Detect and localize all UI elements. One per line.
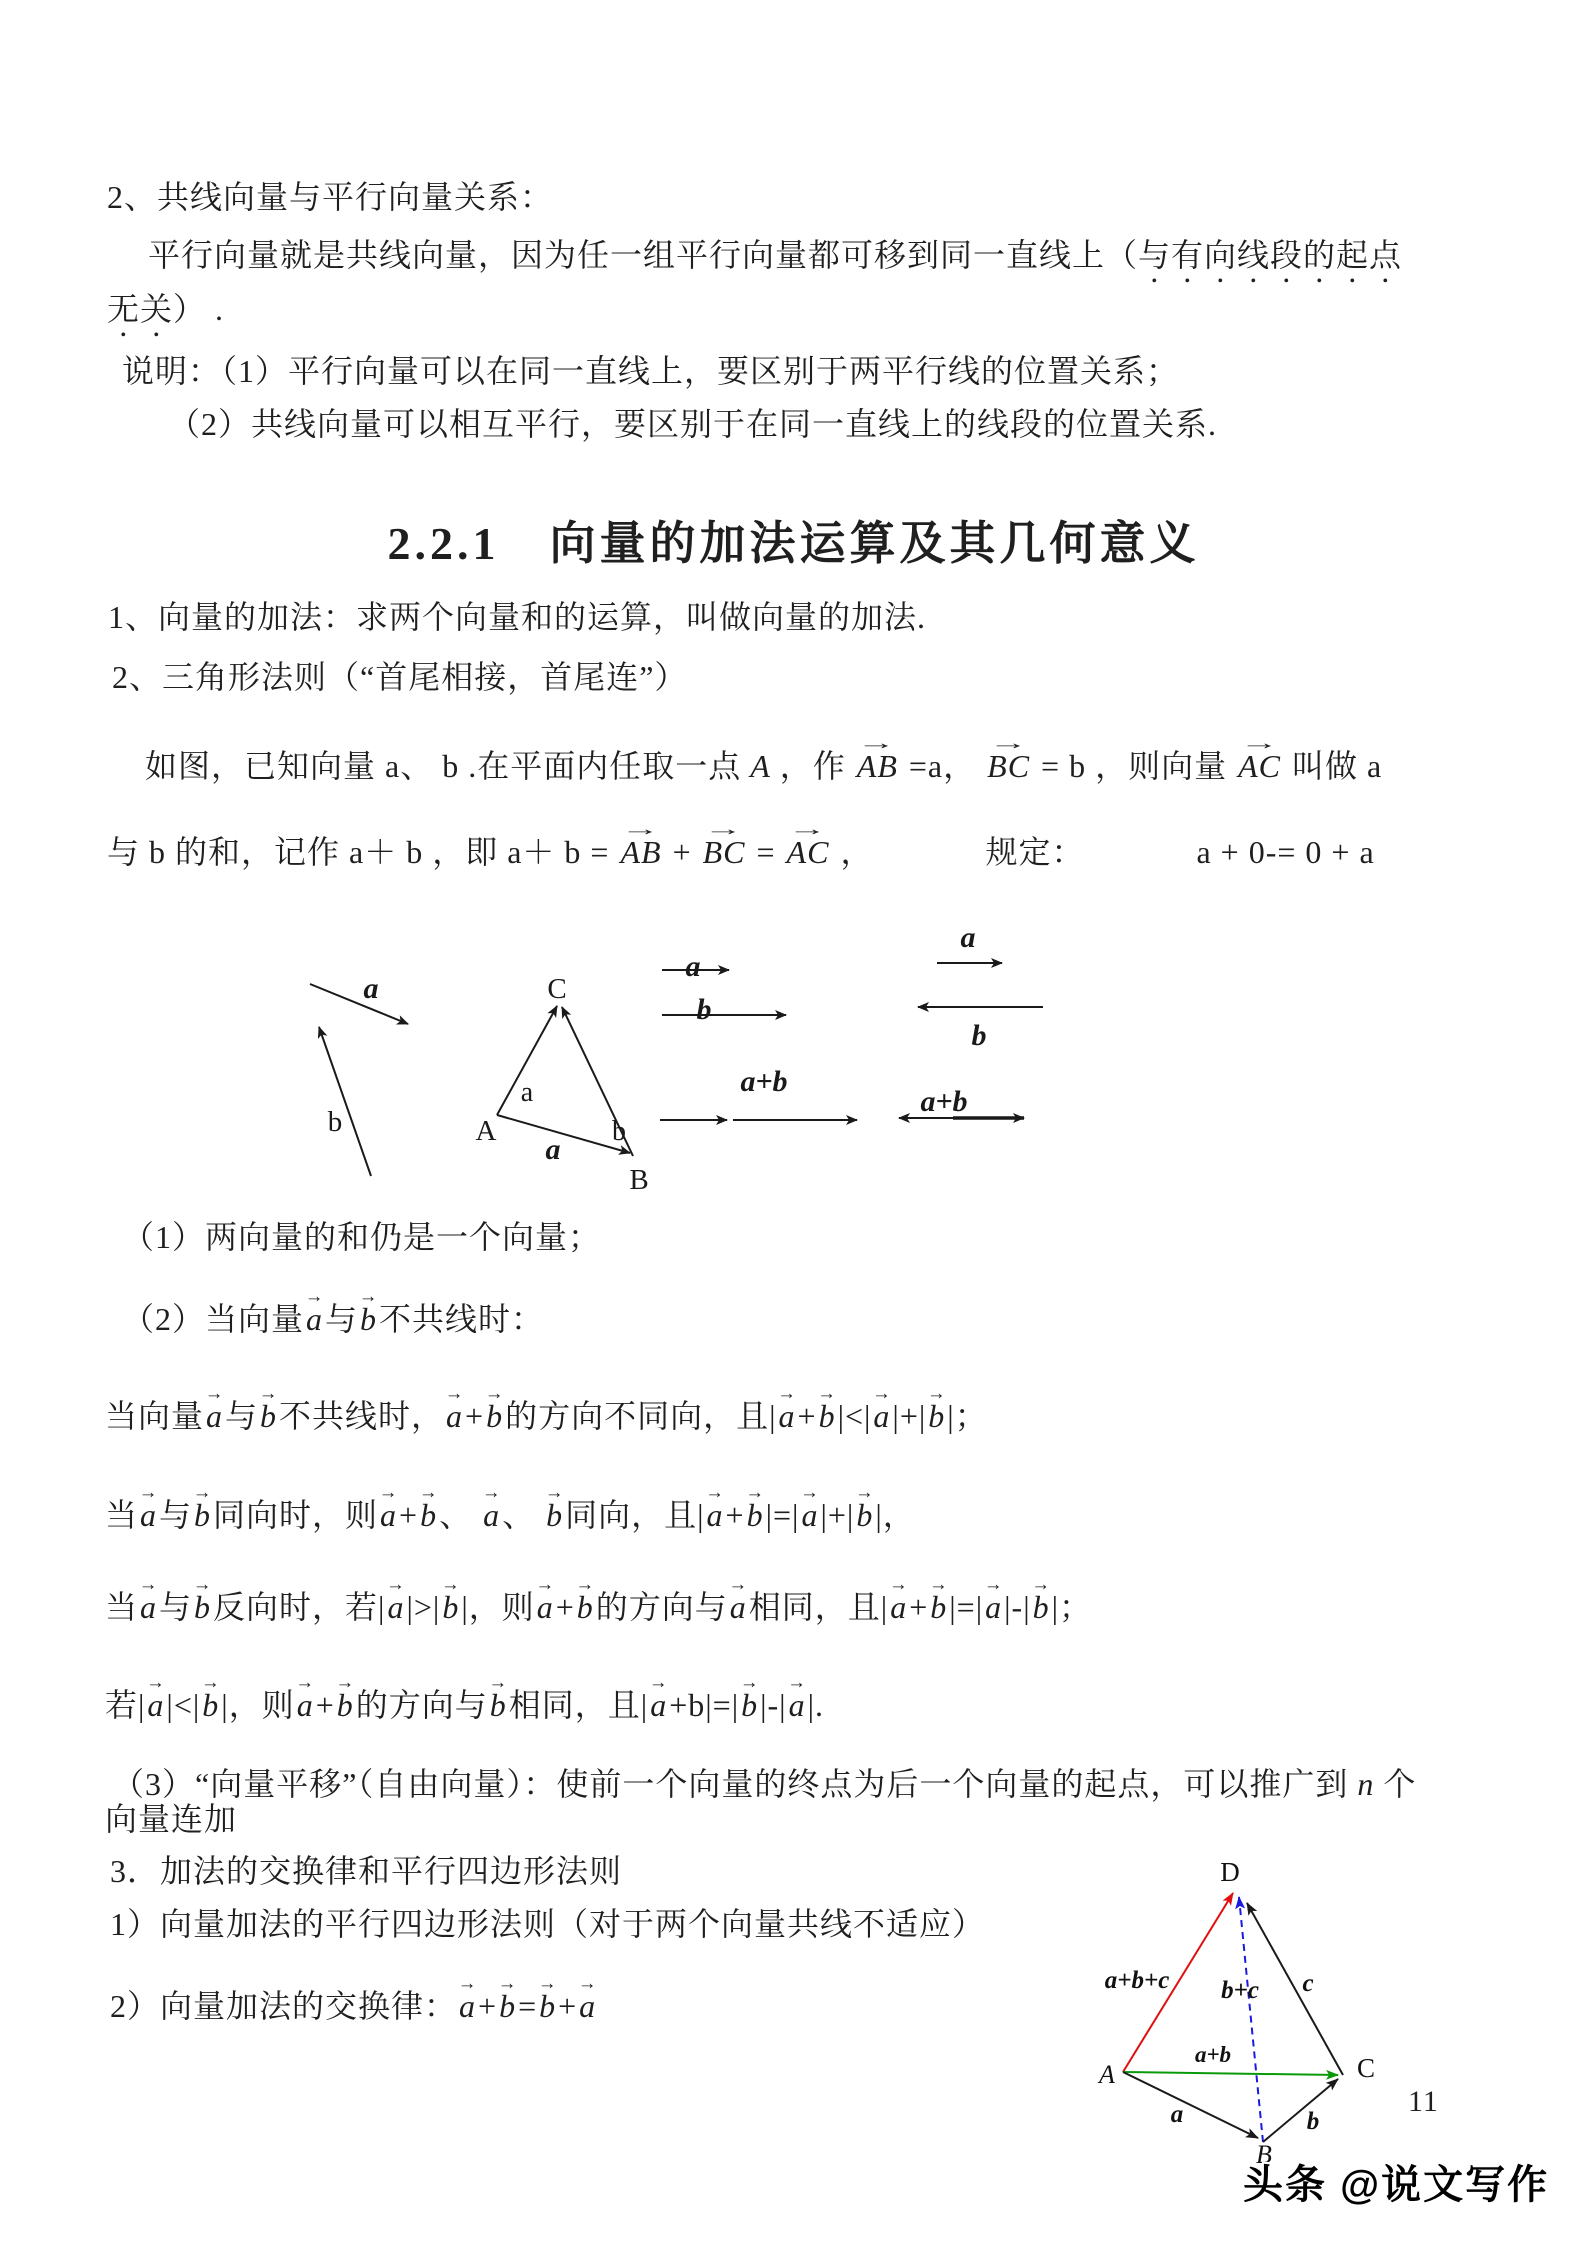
vertex-B-label: B	[629, 1164, 648, 1196]
label-a-plus-b-plus-c: a+b+c	[1105, 1967, 1170, 1994]
law-item-1: 1）向量加法的平行四边形法则（对于两个向量共线不适应）	[110, 1905, 985, 1943]
vector-BC	[1263, 2079, 1338, 2142]
addition-definition: 1、向量的加法：求两个向量和的运算，叫做向量的加法.	[108, 598, 926, 636]
point-3-line1: （3）“向量平移”（自由向量）：使前一个向量的终点为后一个向量的起点，可以推广到…	[112, 1765, 1416, 1803]
vector-AB	[1123, 2072, 1258, 2138]
section-title: 2.2.1 向量的加法运算及其几何意义	[0, 516, 1587, 571]
vector-BD	[1239, 1897, 1263, 2142]
point-2: （2）当向量a与b不共线时：	[122, 1300, 544, 1338]
triangle-rule-heading: 2、三角形法则（“首尾相接，首尾连”）	[112, 658, 687, 696]
label-b: b	[1307, 2108, 1320, 2135]
note-line2: （2）共线向量可以相互平行，要区别于在同一直线上的线段的位置关系.	[168, 405, 1217, 443]
right-sum-label: a+b	[920, 1085, 967, 1118]
right-vector-b-label: b	[972, 1019, 987, 1052]
note-line1: 说明：（1）平行向量可以在同一直线上，要区别于两平行线的位置关系；	[122, 352, 1179, 390]
law-item-2: 2）向量加法的交换律：a+b=b+a	[110, 1987, 598, 2025]
document-page: 2、共线向量与平行向量关系： 平行向量就是共线向量，因为任一组平行向量都可移到同…	[0, 0, 1587, 2245]
triangle-rule-figure: a b A C B a a b a b a+b a b a+b	[240, 878, 1100, 1198]
label-a: a	[1171, 2101, 1184, 2128]
right-vector-a-label: a	[961, 921, 976, 954]
figure-paragraph-line1: 如图，已知向量 a、 b .在平面内任取一点 A ，作 AB =a， BC = …	[145, 747, 1382, 785]
parallelogram-rule-figure: D A C B a+b+c b+c c a+b a b	[1080, 1855, 1400, 2185]
edge-AB	[497, 1115, 630, 1153]
mid-vector-a-label: a	[686, 950, 701, 983]
watermark: 头条 @说文写作	[1243, 2153, 1549, 2210]
vector-CD	[1247, 1903, 1343, 2075]
collinear-paragraph-line2: 无关） .	[107, 290, 224, 344]
free-vector-b	[319, 1027, 371, 1176]
mid-vector-b-label: b	[697, 993, 712, 1026]
figure-paragraph-line2: 与 b 的和，记作 a＋ b ，即 a＋ b = AB + BC = AC ，规…	[107, 833, 1375, 871]
point-D-label: D	[1220, 1857, 1240, 1887]
label-b-plus-c: b+c	[1221, 1977, 1259, 2004]
formula-noncollinear: 当向量a与b不共线时，a+b的方向不同向，且|a+b|<|a|+|b|；	[105, 1397, 988, 1435]
mid-sum-label: a+b	[740, 1065, 787, 1098]
free-vector-a-label: a	[364, 972, 379, 1005]
side-BC-label: b	[612, 1116, 626, 1147]
formula-same-direction: 当a与b同向时，则a+b、 a、 b同向，且|a+b|=|a|+|b|，	[105, 1496, 916, 1534]
vertex-C-label: C	[547, 973, 566, 1005]
point-C-label: C	[1357, 2053, 1375, 2083]
side-AC-label: a	[521, 1077, 534, 1108]
label-a-plus-b: a+b	[1195, 2042, 1231, 2067]
point-A-label: A	[1097, 2060, 1115, 2089]
formula-opposite-2: 若|a|<|b|，则a+b的方向与b相同，且|a+b|=|b|-|a|.	[105, 1686, 824, 1724]
law-heading: 3．加法的交换律和平行四边形法则	[110, 1852, 622, 1890]
point-1: （1）两向量的和仍是一个向量；	[122, 1218, 601, 1256]
page-number: 11	[1408, 2084, 1439, 2120]
point-3-line2: 向量连加	[105, 1800, 237, 1838]
formula-opposite-1: 当a与b反向时，若|a|>|b|，则a+b的方向与a相同，且|a+b|=|a|-…	[105, 1588, 1092, 1626]
label-c: c	[1302, 1970, 1313, 1997]
collinear-heading: 2、共线向量与平行向量关系：	[107, 178, 553, 216]
free-vector-a	[310, 984, 408, 1024]
free-vector-b-label: b	[328, 1106, 343, 1138]
side-AB-label: a	[546, 1133, 561, 1166]
vector-AC	[1123, 2072, 1338, 2075]
vertex-A-label: A	[476, 1115, 497, 1147]
collinear-paragraph-line1: 平行向量就是共线向量，因为任一组平行向量都可移到同一直线上（与有向线段的起点	[148, 236, 1402, 290]
